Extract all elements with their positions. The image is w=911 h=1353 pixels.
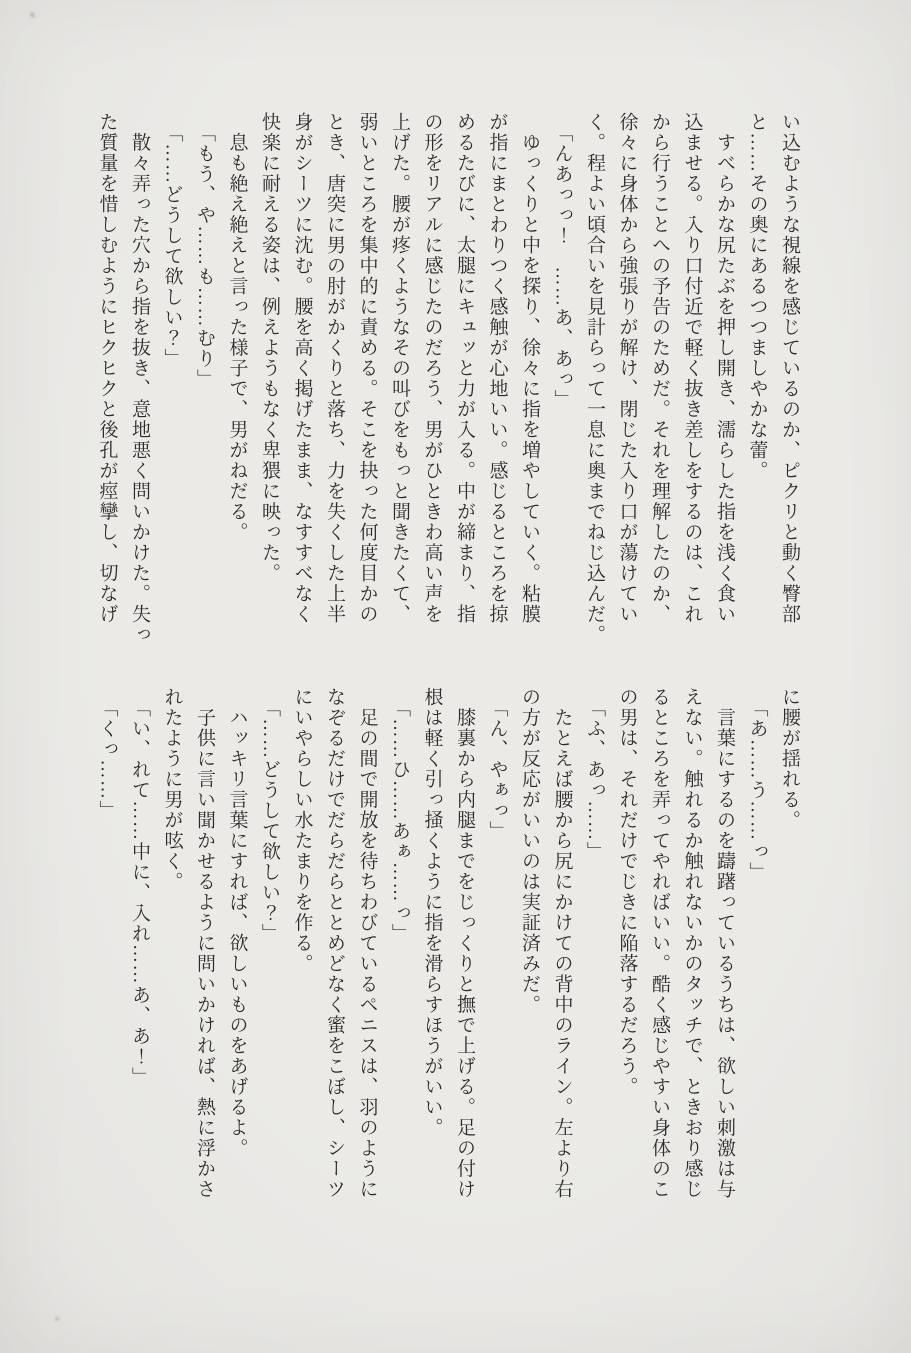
text-line: 「……どうして欲しい？」	[253, 687, 286, 1215]
text-line: 「ふ、あっ……」	[578, 687, 611, 1215]
text-line: 根は軽く引っ掻くように指を滑らすほうがいい。	[415, 687, 448, 1215]
text-line: い込むような視線を感じているのか、ピクリと動く臀部	[773, 112, 806, 652]
text-block-lower: に腰が揺れる。 「あ……う……っ」 言葉にするのを躊躇っているうちは、欲しい刺激…	[90, 687, 805, 1215]
text-line: 徐々に身体から強張りが解け、閉じた入り口が蕩けてい	[610, 112, 643, 652]
text-line: 散々弄った穴から指を抜き、意地悪く問いかけた。失っ	[123, 112, 156, 652]
text-block-upper: い込むような視線を感じているのか、ピクリと動く臀部 と……その奥にあるつつましや…	[90, 112, 805, 652]
text-line: 込ませる。入り口付近で軽く抜き差しをするのは、これ	[675, 112, 708, 652]
text-line: 身がシーツに沈む。腰を高く掲げたまま、なすすべなく	[285, 112, 318, 652]
text-line: とき、唐突に男の肘がかくりと落ち、力を失くした上半	[318, 112, 351, 652]
text-line: ハッキリ言葉にすれば、欲しいものをあげるよ。	[220, 687, 253, 1215]
text-line: にいやらしい水たまりを作る。	[285, 687, 318, 1215]
text-line: すべらかな尻たぶを押し開き、濡らした指を浅く食い	[708, 112, 741, 652]
text-line: 「くっ……」	[90, 687, 123, 1215]
text-line: 「……ひ……あぁ……っ」	[383, 687, 416, 1215]
text-line: えない。触れるか触れないかのタッチで、ときおり感じ	[675, 687, 708, 1215]
text-line: と……その奥にあるつつましやかな蕾。	[740, 112, 773, 652]
text-line: めるたびに、太腿にキュッと力が入る。中が締まり、指	[448, 112, 481, 652]
text-line: の形をリアルに感じたのだろう、男がひときわ高い声を	[415, 112, 448, 652]
text-line: れたように男が呟く。	[155, 687, 188, 1215]
text-line: の男は、それだけでじきに陥落するだろう。	[610, 687, 643, 1215]
text-line: 「ん、やぁっ」	[480, 687, 513, 1215]
text-line: が指にまとわりつく感触が心地いい。感じるところを掠	[480, 112, 513, 652]
text-line: 「もう、や……も……むり」	[188, 112, 221, 652]
text-line: なぞるだけでだらだらととめどなく蜜をこぼし、シーツ	[318, 687, 351, 1215]
text-line: 足の間で開放を待ちわびているペニスは、羽のように	[350, 687, 383, 1215]
text-line: たとえば腰から尻にかけての背中のライン。左より右	[545, 687, 578, 1215]
text-line: 快楽に耐える姿は、例えようもなく卑猥に映った。	[253, 112, 286, 652]
scanned-page: い込むような視線を感じているのか、ピクリと動く臀部 と……その奥にあるつつましや…	[0, 0, 911, 1353]
text-line: 子供に言い聞かせるように問いかければ、熱に浮かさ	[188, 687, 221, 1215]
text-line: 膝裏から内腿までをじっくりと撫で上げる。足の付け	[448, 687, 481, 1215]
text-line: に腰が揺れる。	[773, 687, 806, 1215]
text-line: から行うことへの予告のためだ。それを理解したのか、	[643, 112, 676, 652]
text-line: 「んあっっ！ ……あ、あっ」	[545, 112, 578, 652]
scan-speck	[30, 12, 35, 18]
text-line: た質量を惜しむようにヒクヒクと後孔が痙攣し、切なげ	[90, 112, 123, 652]
text-line: 上げた。腰が疼くようなその叫びをもっと聞きたくて、	[383, 112, 416, 652]
text-line: 「……どうして欲しい？」	[155, 112, 188, 652]
scan-speck	[55, 1317, 59, 1321]
text-line: 息も絶え絶えと言った様子で、男がねだる。	[220, 112, 253, 652]
text-line: の方が反応がいいのは実証済みだ。	[513, 687, 546, 1215]
text-line: 「あ……う……っ」	[740, 687, 773, 1215]
text-line: ゆっくりと中を探り、徐々に指を増やしていく。粘膜	[513, 112, 546, 652]
text-line: るところを弄ってやればいい。酷く感じやすい身体のこ	[643, 687, 676, 1215]
text-line: 「い、れて……中に、入れ……あ、あ！」	[123, 687, 156, 1215]
text-line: 弱いところを集中的に責める。そこを抉った何度目かの	[350, 112, 383, 652]
text-line: く。程よい頃合いを見計らって一息に奥までねじ込んだ。	[578, 112, 611, 652]
text-line: 言葉にするのを躊躇っているうちは、欲しい刺激は与	[708, 687, 741, 1215]
